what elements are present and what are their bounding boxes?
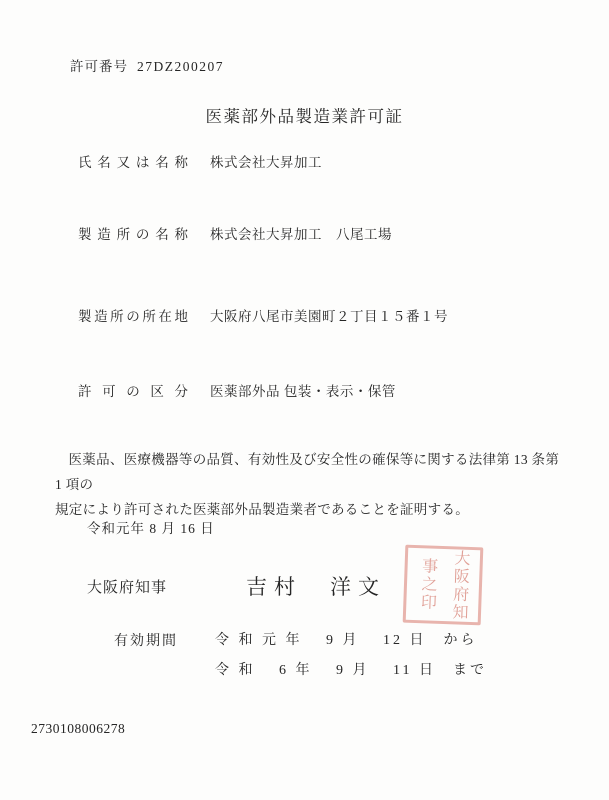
permit-number-line: 許可番号27DZ200207 xyxy=(70,55,224,75)
field-value-factory-name: 株式会社大昇加工 八尾工場 xyxy=(210,223,392,243)
document-title: 医薬部外品製造業許可証 xyxy=(0,103,609,127)
governor-seal-stamp-icon: 大阪府知事之印 xyxy=(403,545,484,626)
field-value-name: 株式会社大昇加工 xyxy=(210,151,322,171)
issuer-title: 大阪府知事 xyxy=(87,576,167,597)
validity-period-to: 令 和 6 年 9 月 11 日 まで xyxy=(215,659,487,679)
document-control-number: 2730108006278 xyxy=(31,721,125,737)
field-label-factory-address: 製造所の所在地 xyxy=(78,305,188,325)
validity-period-label: 有効期間 xyxy=(114,630,178,650)
field-label-permit-category: 許可の区分 xyxy=(78,380,188,400)
issuer-name: 吉村 洋文 xyxy=(246,571,386,601)
issue-date: 令和元年 8 月 16 日 xyxy=(87,517,215,537)
permit-number-label: 許可番号 xyxy=(70,59,128,74)
field-label-name: 氏名又は名称 xyxy=(78,151,188,171)
validity-period-from: 令 和 元 年 9 月 12 日 から xyxy=(215,629,478,649)
certification-statement: 医薬品、医療機器等の品質、有効性及び安全性の確保等に関する法律第 13 条第 1… xyxy=(55,447,560,522)
field-value-factory-address: 大阪府八尾市美園町２丁目１５番１号 xyxy=(210,305,448,325)
license-certificate-page: 許可番号27DZ200207 医薬部外品製造業許可証 氏名又は名称 株式会社大昇… xyxy=(0,0,609,800)
field-label-factory-name: 製造所の名称 xyxy=(78,223,188,243)
permit-number-value: 27DZ200207 xyxy=(137,59,224,74)
field-value-permit-category: 医薬部外品 包装・表示・保管 xyxy=(210,380,396,400)
